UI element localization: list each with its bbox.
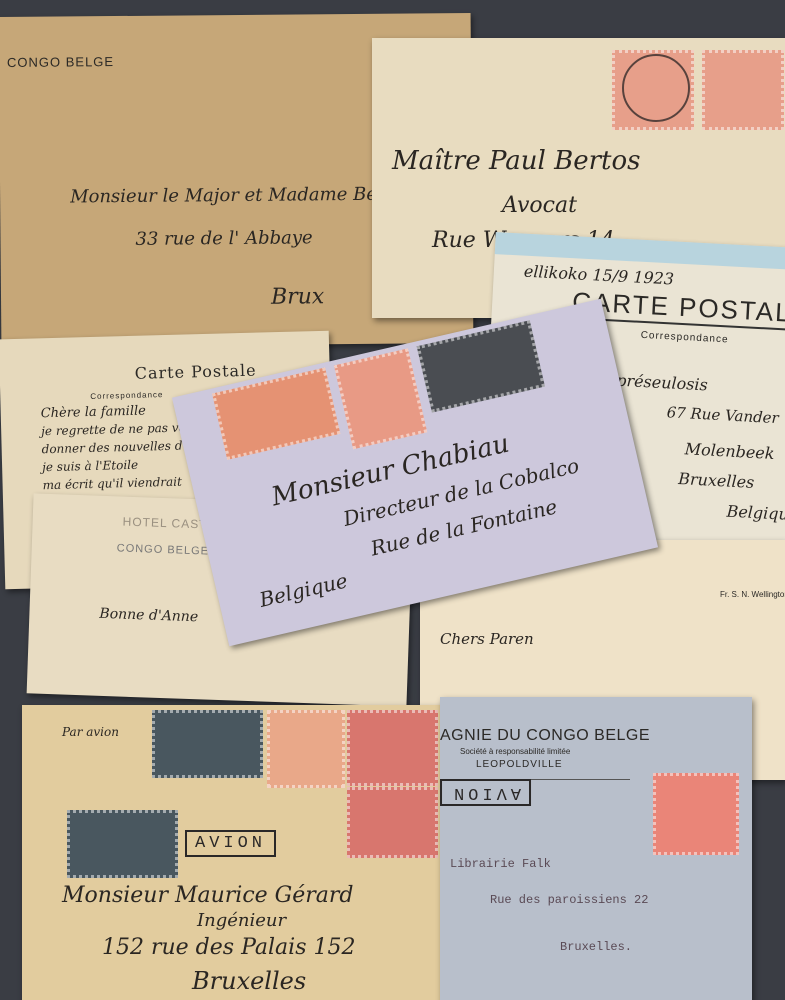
stamp	[152, 710, 263, 778]
address-line: Brux	[271, 284, 324, 309]
text-line: Bonne d'Anne	[99, 606, 198, 625]
airmail-mark: AVION	[440, 779, 531, 806]
address-line: Belgique	[257, 568, 350, 612]
hotel-stamp: CONGO BELGE	[117, 542, 210, 557]
address-line: Bruxelles.	[560, 940, 632, 954]
text-line: 67 Rue Vander	[666, 403, 779, 427]
stamp	[67, 810, 178, 878]
envelope-airmail: AVION Par avion Monsieur Maurice Gérard …	[22, 705, 442, 1000]
text-line: Belgique	[726, 502, 785, 525]
airmail-mark: AVION	[185, 830, 276, 857]
address-line: 152 rue des Palais 152	[102, 935, 355, 960]
stamp	[653, 773, 739, 855]
address-line: Maître Paul Bertos	[392, 146, 641, 176]
company-city: LEOPOLDVILLE	[476, 759, 562, 770]
address-line: Ingénieur	[197, 910, 286, 931]
text-line: Par avion	[62, 725, 119, 739]
address-line: Rue des paroissiens 22	[490, 893, 648, 907]
postmark	[622, 54, 690, 122]
correspondance-label: Correspondance	[90, 390, 163, 401]
text-line: Molenbeek	[684, 439, 775, 463]
address-line: Librairie Falk	[450, 857, 551, 871]
company-header: AGNIE DU CONGO BELGE	[440, 727, 650, 745]
text-line: ma écrit qu'il viendrait	[42, 475, 182, 493]
envelope-header: CONGO BELGE	[7, 54, 114, 70]
stamp	[347, 787, 438, 858]
dateline: ellikoko 15/9 1923	[523, 262, 674, 289]
envelope-company: AGNIE DU CONGO BELGE Société à responsab…	[440, 697, 752, 1000]
text-line: je suis à l'Etoile	[42, 458, 138, 475]
address-line: Monsieur Maurice Gérard	[62, 883, 354, 908]
address-line: Bruxelles	[192, 967, 306, 995]
stamp	[267, 710, 345, 788]
stamp	[702, 50, 784, 130]
text-line: Chère la famille	[41, 404, 147, 422]
address-line: Monsieur le Major et Madame Be	[70, 184, 377, 208]
text-line: Bruxelles	[678, 469, 755, 492]
text-line: Chers Paren	[440, 630, 534, 648]
postcard-title: Carte Postale	[134, 361, 256, 383]
address-line: 33 rue de l' Abbaye	[135, 227, 312, 250]
caption: Fr. S. N. Wellington	[720, 590, 785, 599]
text-line: je regrette de ne pas vous	[41, 420, 200, 438]
stamp	[347, 710, 438, 786]
stamp	[334, 348, 427, 449]
address-line: Avocat	[502, 193, 577, 218]
correspondance-label: Correspondance	[640, 330, 728, 346]
company-subheader: Société à responsabilité limitée	[460, 747, 570, 756]
